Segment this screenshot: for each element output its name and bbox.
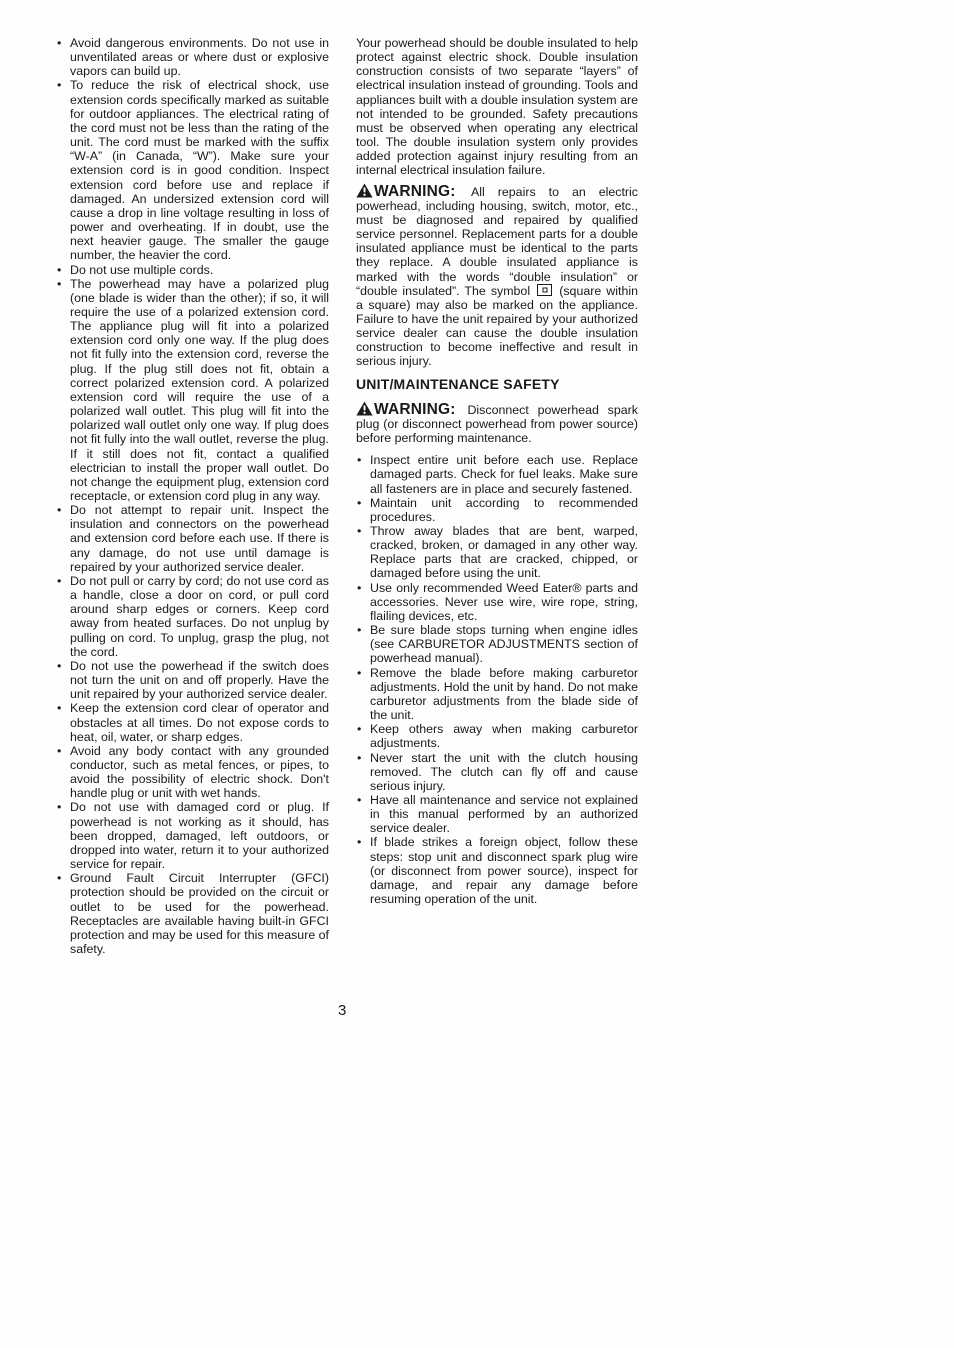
warning-repairs-text-part1: All repairs to an electric powerhead, in… xyxy=(356,185,638,298)
bullet-item: Do not attempt to repair unit. Inspect t… xyxy=(56,503,329,574)
bullet-item: Remove the blade before making carbureto… xyxy=(356,666,638,723)
warning-triangle-icon xyxy=(356,183,373,198)
bullet-item: To reduce the risk of electrical shock, … xyxy=(56,78,329,262)
warning-paragraph-disconnect: WARNING: Disconnect powerhead spark plug… xyxy=(356,401,638,445)
bullet-item: The powerhead may have a polarized plug … xyxy=(56,277,329,504)
manual-page: Avoid dangerous environments. Do not use… xyxy=(0,0,954,1348)
bullet-item: Ground Fault Circuit Interrupter (GFCI) … xyxy=(56,871,329,956)
bullet-item: Never start the unit with the clutch hou… xyxy=(356,751,638,793)
bullet-item: Maintain unit according to recommended p… xyxy=(356,496,638,524)
bullet-item: Do not pull or carry by cord; do not use… xyxy=(56,574,329,659)
bullet-item: Avoid any body contact with any grounded… xyxy=(56,744,329,801)
warning-paragraph-repairs: WARNING: All repairs to an electric powe… xyxy=(356,183,638,369)
bullet-item: Avoid dangerous environments. Do not use… xyxy=(56,36,329,78)
bullet-item: Throw away blades that are bent, warped,… xyxy=(356,524,638,581)
maintenance-safety-bullet-list: Inspect entire unit before each use. Rep… xyxy=(356,453,638,906)
electrical-safety-bullet-list: Avoid dangerous environments. Do not use… xyxy=(56,36,329,956)
double-insulation-symbol-icon xyxy=(537,284,552,296)
page-number: 3 xyxy=(338,1002,346,1019)
bullet-item: Inspect entire unit before each use. Rep… xyxy=(356,453,638,495)
warning-label: WARNING: xyxy=(374,183,456,200)
bullet-item: Do not use the powerhead if the switch d… xyxy=(56,659,329,701)
bullet-item: Keep the extension cord clear of operato… xyxy=(56,701,329,743)
bullet-item: Use only recommended Weed Eater® parts a… xyxy=(356,581,638,623)
section-heading-unit-maintenance-safety: UNIT/MAINTENANCE SAFETY xyxy=(356,377,638,391)
bullet-item: Keep others away when making carburetor … xyxy=(356,722,638,750)
double-insulation-intro-paragraph: Your powerhead should be double insulate… xyxy=(356,36,638,178)
bullet-item: Do not use multiple cords. xyxy=(56,263,329,277)
bullet-item: If blade strikes a foreign object, follo… xyxy=(356,835,638,906)
warning-triangle-icon xyxy=(356,401,373,416)
left-column: Avoid dangerous environments. Do not use… xyxy=(56,36,329,956)
warning-label: WARNING: xyxy=(374,401,456,418)
right-column: Your powerhead should be double insulate… xyxy=(356,36,638,906)
bullet-item: Be sure blade stops turning when engine … xyxy=(356,623,638,665)
bullet-item: Have all maintenance and service not exp… xyxy=(356,793,638,835)
bullet-item: Do not use with damaged cord or plug. If… xyxy=(56,800,329,871)
